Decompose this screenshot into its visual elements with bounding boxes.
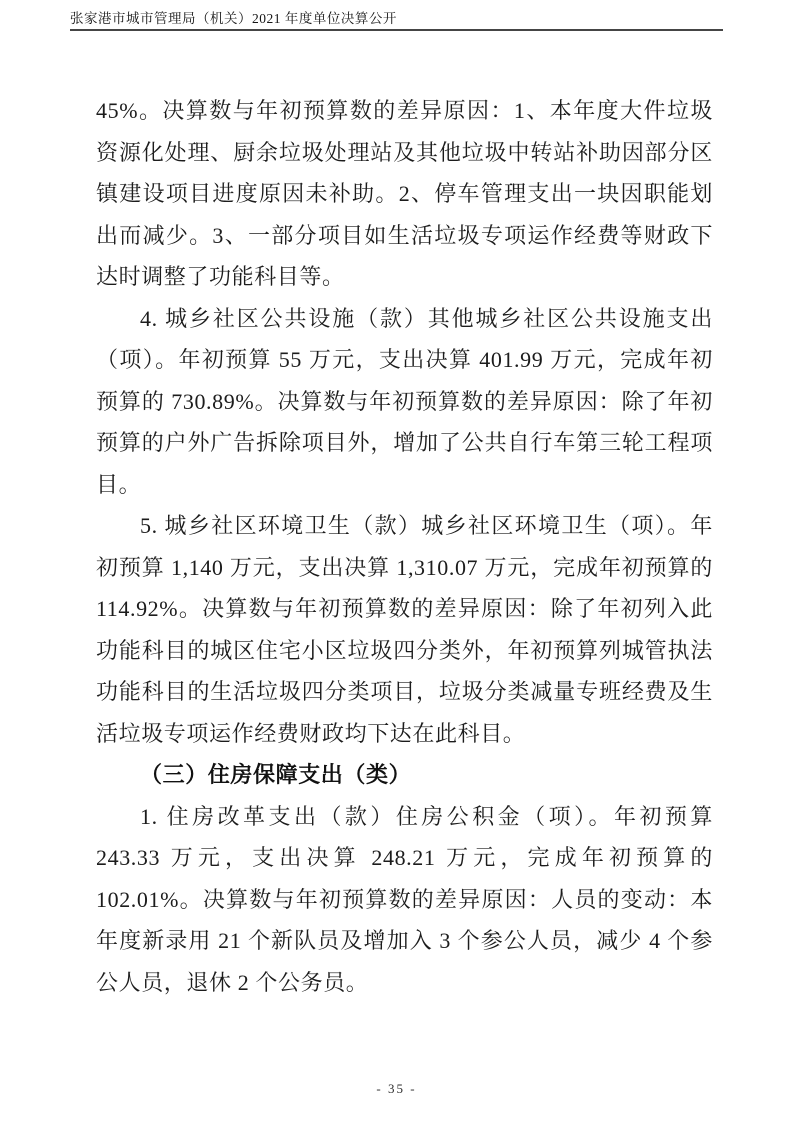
- paragraph-item5-community-environment-sanitation: 5. 城乡社区环境卫生（款）城乡社区环境卫生（项）。年初预算 1,140 万元，…: [96, 505, 713, 754]
- paragraph-item4-community-public-facilities: 4. 城乡社区公共设施（款）其他城乡社区公共设施支出（项）。年初预算 55 万元…: [96, 298, 713, 506]
- header-title: 张家港市城市管理局（机关）2021 年度单位决算公开: [70, 10, 723, 27]
- header-rule: [70, 29, 723, 31]
- paragraph-item1-housing-reform-fund: 1. 住房改革支出（款）住房公积金（项）。年初预算 243.33 万元，支出决算…: [96, 796, 713, 1004]
- page-header: 张家港市城市管理局（机关）2021 年度单位决算公开: [70, 10, 723, 31]
- document-page: 张家港市城市管理局（机关）2021 年度单位决算公开 45%。决算数与年初预算数…: [0, 0, 793, 1122]
- page-number: - 35 -: [376, 1081, 416, 1096]
- heading-housing-security-expenditure: （三）住房保障支出（类）: [96, 754, 713, 796]
- paragraph-budget-diff-45pct: 45%。决算数与年初预算数的差异原因：1、本年度大件垃圾资源化处理、厨余垃圾处理…: [96, 90, 713, 298]
- page-footer: - 35 -: [0, 1080, 793, 1098]
- document-body: 45%。决算数与年初预算数的差异原因：1、本年度大件垃圾资源化处理、厨余垃圾处理…: [96, 90, 713, 1003]
